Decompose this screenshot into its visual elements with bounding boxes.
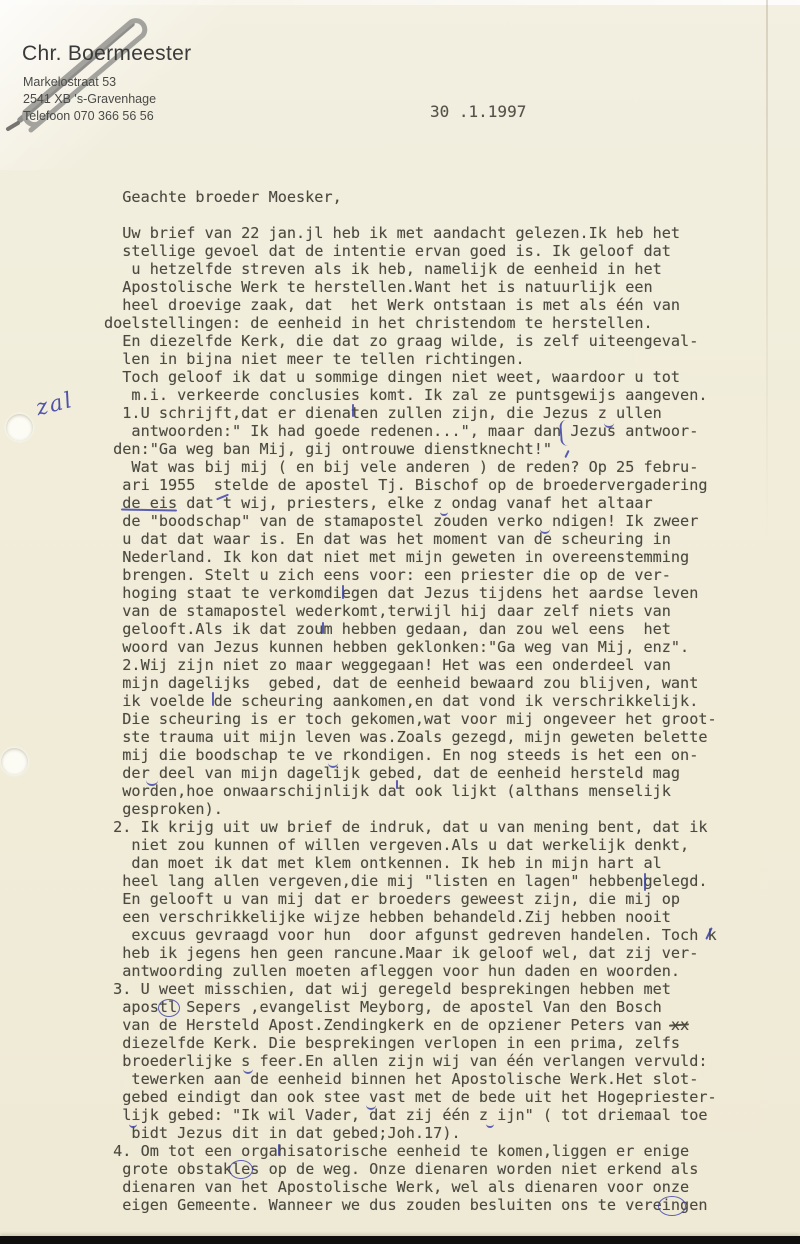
letter-line: diezelfde Kerk. Die besprekingen verlope… (104, 1034, 717, 1052)
paper-crease (766, 0, 768, 540)
letter-line: apostl Sepers ,evangelist Meyborg, de ap… (104, 998, 717, 1016)
letter-line: len in bijna niet meer te tellen richtin… (104, 350, 717, 368)
letter-line: Nederland. Ik kon dat niet met mijn gewe… (104, 548, 717, 566)
scanned-letter-page: Chr. Boermeester Markelostraat 532541 XB… (0, 0, 800, 1244)
letter-line: grote obstakles op de weg. Onze dienaren… (104, 1160, 717, 1178)
letter-line: 2. Ik krijg uit uw brief de indruk, dat … (104, 818, 717, 836)
letter-line: Geachte broeder Moesker, (104, 188, 717, 206)
letter-line: een verschrikkelijke wijze hebben behand… (104, 908, 717, 926)
letter-line (104, 206, 717, 224)
handwritten-margin-note: zal (34, 388, 77, 421)
letter-line: woord van Jezus kunnen hebben geklonken:… (104, 638, 717, 656)
letter-line: niet zou kunnen of willen vergeven.Als u… (104, 836, 717, 854)
letter-line: worden,hoe onwaarschijnlijk dat ook lijk… (104, 782, 717, 800)
letter-line: u dat dat waar is. En dat was het moment… (104, 530, 717, 548)
letter-line: excuus gevraagd voor hun door afgunst ge… (104, 926, 717, 944)
letter-line: mijn dagelijks gebed, dat de eenheid bew… (104, 674, 717, 692)
letter-line: den:"Ga weg ban Mij, gij ontrouwe dienst… (104, 440, 717, 458)
letter-line: 3. U weet misschien, dat wij geregeld be… (104, 980, 717, 998)
letter-line: lijk gebed: "Ik wil Vader, dat zij één z… (104, 1106, 717, 1124)
letter-line: En diezelfde Kerk, die dat zo graag wild… (104, 332, 717, 350)
letter-line: hoging staat te verkomdiegen dat Jezus t… (104, 584, 717, 602)
letter-line: brengen. Stelt u zich eens voor: een pri… (104, 566, 717, 584)
letter-line: Die scheuring is er toch gekomen,wat voo… (104, 710, 717, 728)
letter-line: antwoorden:" Ik had goede redenen...", m… (104, 422, 717, 440)
letter-line: gesproken). (104, 800, 717, 818)
letter-line: stellige gevoel dat de intentie ervan go… (104, 242, 717, 260)
letter-line: Wat was bij mij ( en bij vele anderen ) … (104, 458, 717, 476)
letter-line: 1.U schrijft,dat er dienaten zullen zijn… (104, 404, 717, 422)
letter-line: ari 1955 stelde de apostel Tj. Bischof o… (104, 476, 717, 494)
letter-line: gebed eindigt dan ook stee vast met de b… (104, 1088, 717, 1106)
letter-line: bidt Jezus dit in dat gebed;Joh.17). (104, 1124, 717, 1142)
letter-line: Toch geloof ik dat u sommige dingen niet… (104, 368, 717, 386)
letter-line: dienaren van het Apostolische Werk, wel … (104, 1178, 717, 1196)
sender-name: Chr. Boermeester (22, 42, 191, 66)
letter-line: En gelooft u van mij dat er broeders gew… (104, 890, 717, 908)
letter-line: Uw brief van 22 jan.jl heb ik met aandac… (104, 224, 717, 242)
letter-line: antwoording zullen moeten afleggen voor … (104, 962, 717, 980)
letter-line: broederlijke s feer.En allen zijn wij va… (104, 1052, 717, 1070)
letter-line: 4. Om tot een orgahisatorische eenheid t… (104, 1142, 717, 1160)
letter-line: Apostolische Werk te herstellen.Want het… (104, 278, 717, 296)
hole-punch-bottom (1, 748, 28, 775)
letter-line: gelooft.Als ik dat zoum hebben gedaan, d… (104, 620, 717, 638)
letter-line: u hetzelfde streven als ik heb, namelijk… (104, 260, 717, 278)
letter-line: tewerken aan de eenheid binnen het Apost… (104, 1070, 717, 1088)
hole-punch-top (6, 414, 33, 441)
letter-line: van de stamapostel wederkomt,terwijl hij… (104, 602, 717, 620)
letter-line: van de Hersteld Apost.Zendingkerk en de … (104, 1016, 717, 1034)
letter-line: m.i. verkeerde conclusies komt. Ik zal z… (104, 386, 717, 404)
sender-address-line: 2541 XB 's-Gravenhage (23, 91, 156, 108)
letter-line: mij die boodschap te ve rkondigen. En no… (104, 746, 717, 764)
scan-edge-bar (0, 1236, 800, 1244)
sender-address-line: Telefoon 070 366 56 56 (23, 108, 156, 125)
letter-line: heel droevige zaak, dat het Werk ontstaa… (104, 296, 717, 314)
letter-line: heb ik jegens hen geen rancune.Maar ik g… (104, 944, 717, 962)
letter-line: ik voelde de scheuring aankomen,en dat v… (104, 692, 717, 710)
letter-line: ste trauma uit mijn leven was.Zoals geze… (104, 728, 717, 746)
sender-address: Markelostraat 532541 XB 's-GravenhageTel… (23, 74, 156, 125)
letter-line: 2.Wij zijn niet zo maar weggegaan! Het w… (104, 656, 717, 674)
letter-date: 30 .1.1997 (430, 102, 526, 121)
letter-line: eigen Gemeente. Wanneer we dus zouden be… (104, 1196, 717, 1214)
letter-line: doelstellingen: de eenheid in het christ… (104, 314, 717, 332)
sender-address-line: Markelostraat 53 (23, 74, 156, 91)
letter-line: de "boodschap" van de stamapostel zouden… (104, 512, 717, 530)
letter-line: dan moet ik dat met klem ontkennen. Ik h… (104, 854, 717, 872)
letter-line: der deel van mijn dagelijk gebed, dat de… (104, 764, 717, 782)
letter-body: Geachte broeder Moesker, Uw brief van 22… (104, 188, 717, 1214)
letter-line: de eis dat t wij, priesters, elke z onda… (104, 494, 717, 512)
letter-line: heel lang allen vergeven,die mij "listen… (104, 872, 717, 890)
